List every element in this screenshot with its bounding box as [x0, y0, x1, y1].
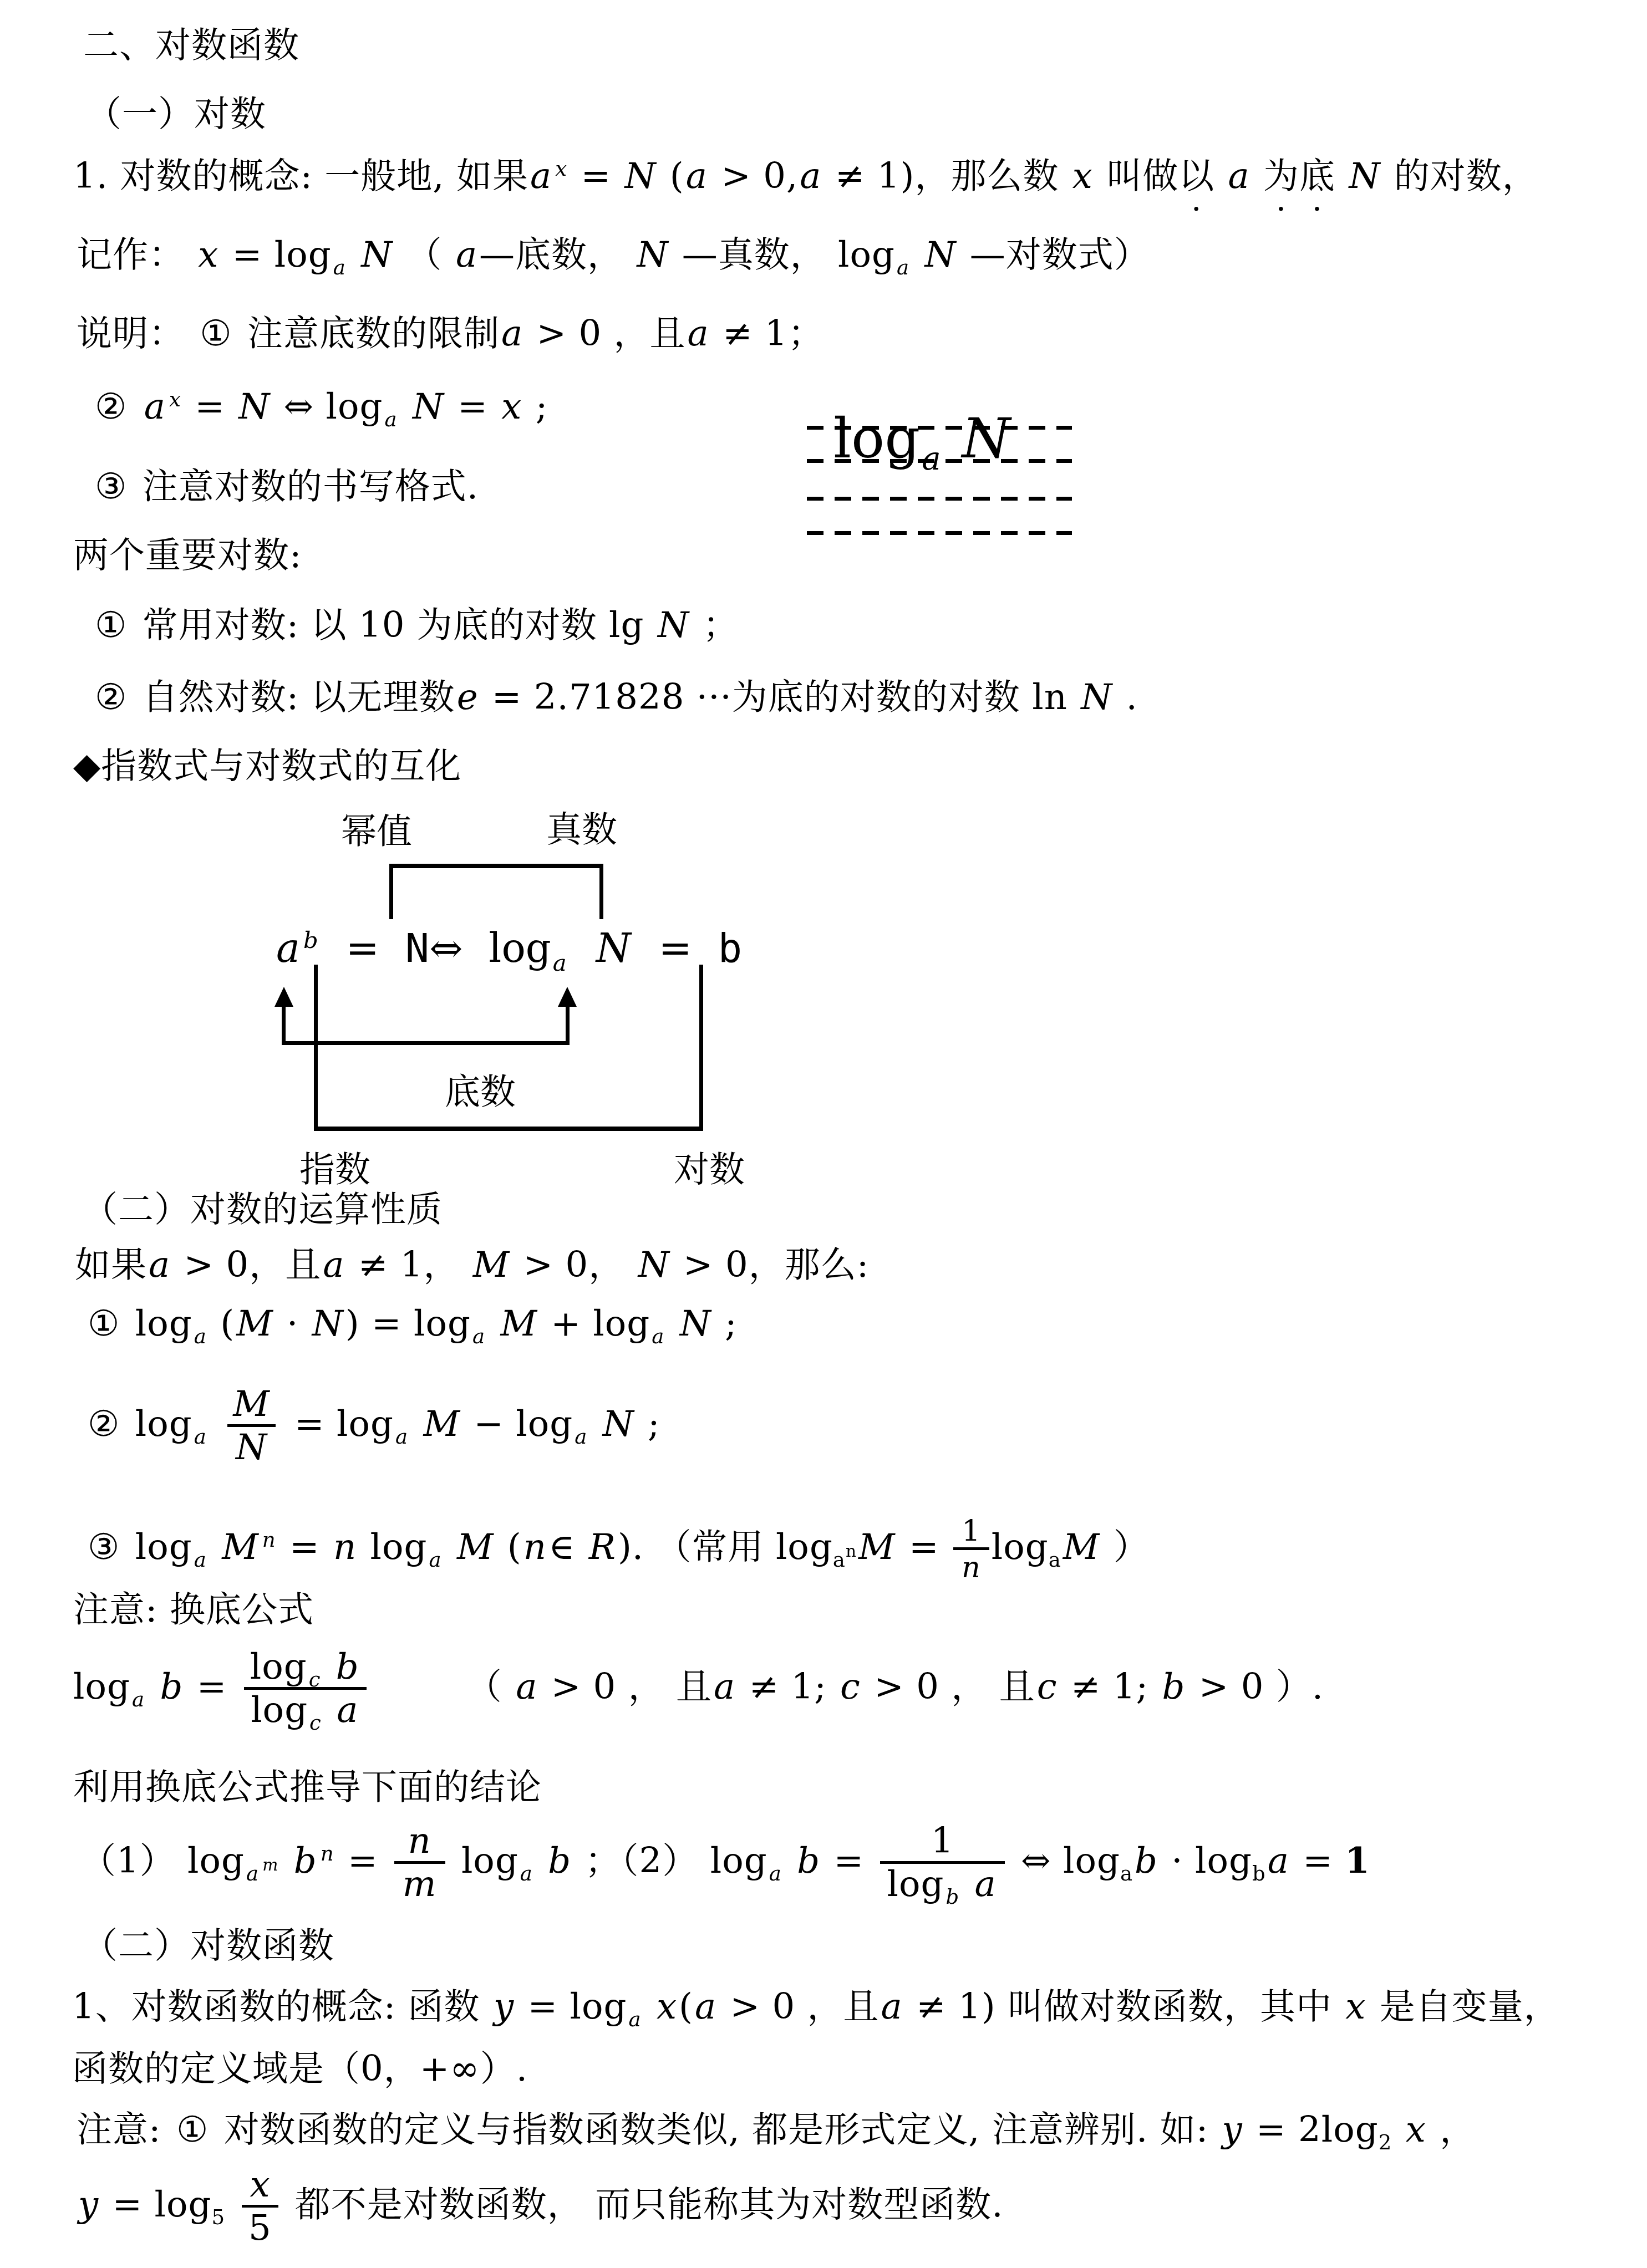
text-line-if-conditions: 如果a > 0，且a ≠ 1， M > 0， N > 0，那么: — [75, 1243, 869, 1287]
text-line-prop3: ③ loga Mn = n loga M (n∈ R). （常用 loganM … — [84, 1515, 1150, 1585]
text-line-heading-sub1: （一）对数 — [86, 92, 266, 136]
text-line-domain: 函数的定义域是（0，+∞）. — [72, 2047, 528, 2091]
text-line-notation: 记作： x = loga N （ a—底数， N —真数， loga N —对数… — [77, 233, 1150, 277]
logarithm-label: 对数 — [674, 1141, 745, 1192]
text-line-two-logs: 两个重要对数: — [73, 533, 302, 578]
text-line-heading-main: 二、对数函数 — [83, 23, 299, 68]
text-line-prop1: ① loga (M · N) = loga M + loga N ; — [84, 1302, 738, 1346]
text-line-base-change-formula: loga b = logc blogc a（ a > 0 ， 且a ≠ 1; c… — [73, 1648, 1324, 1731]
exponent-label: 指数 — [299, 1141, 370, 1192]
dashed-guide-line — [807, 497, 1072, 501]
text-line-properties-title: （二）对数的运算性质 — [82, 1187, 443, 1232]
power-value-label: 幂值 — [341, 803, 412, 854]
base-label: 底数 — [445, 1063, 516, 1114]
text-line-common-log: ① 常用对数: 以 10 为底的对数 lg N ； — [91, 603, 739, 648]
base-arrow-bracket — [282, 1005, 570, 1045]
text-line-natural-log: ② 自然对数: 以无理数e = 2.71828 ···为底的对数的对数 ln N… — [91, 675, 1138, 720]
text-line-logfn-note: 注意: ① 对数函数的定义与指数函数类似, 都是形式定义, 注意辨别. 如: y… — [77, 2108, 1476, 2152]
text-line-conversion-title: ◆指数式与对数式的互化 — [73, 744, 461, 788]
text-line-conclusions: （1） logam bn = nm loga b ；（2） loga b = 1… — [80, 1822, 1370, 1905]
text-line-base-change-title: 注意: 换底公式 — [73, 1588, 314, 1632]
text-line-logfn-note2: y = log5 x5 都不是对数函数， 而只能称其为对数型函数. — [77, 2165, 1004, 2249]
top-bracket — [389, 864, 603, 919]
true-number-label: 真数 — [546, 801, 617, 852]
text-line-note3: ③ 注意对数的书写格式. — [91, 465, 479, 509]
text-line-derive-title: 利用换底公式推导下面的结论 — [73, 1765, 542, 1810]
text-line-note2: ② ax = N ⇔ loga N = x ; — [91, 385, 548, 429]
text-line-concept: 1. 对数的概念: 一般地, 如果ax = N (a > 0,a ≠ 1)，那么… — [73, 154, 1538, 198]
dashed-guide-line — [807, 531, 1072, 535]
writing-format-box: loga N — [807, 416, 1072, 538]
text-line-note1: 说明： ① 注意底数的限制a > 0 ，且a ≠ 1； — [77, 312, 824, 356]
text-line-logfn-title: （二）对数函数 — [82, 1924, 334, 1968]
conversion-diagram: 幂值 真数 ab = N⇔ loga N = b 底数 指数 对数 — [0, 798, 1647, 1186]
log-format-example: loga N — [833, 406, 1012, 471]
text-line-logfn-concept: 1、对数函数的概念: 函数 y = loga x(a > 0 ，且a ≠ 1) … — [72, 1985, 1560, 2029]
text-line-prop2: ② loga MN = loga M − loga N ; — [84, 1385, 660, 1469]
